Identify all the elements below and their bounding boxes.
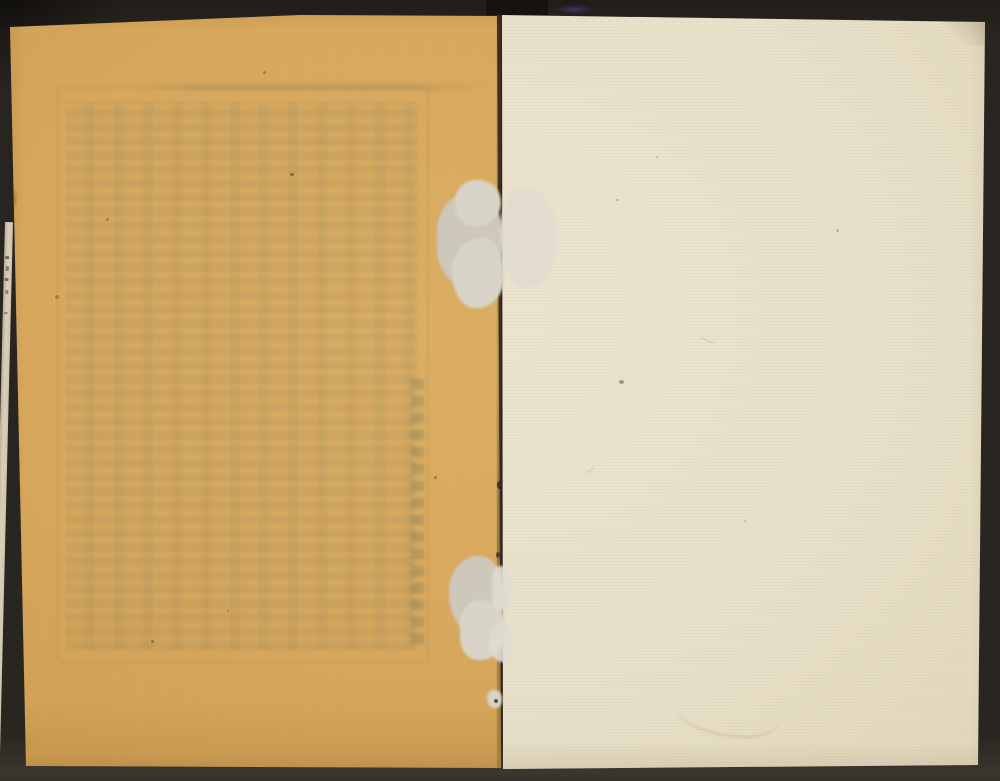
paper-speck	[263, 71, 266, 74]
fore-edge-fleck	[6, 266, 9, 271]
fore-edge-fleck	[5, 290, 8, 294]
fore-edge-fleck	[5, 278, 9, 281]
fore-edge-fleck	[5, 256, 9, 259]
paper-speck	[744, 520, 746, 522]
repair-patch-lower	[492, 566, 512, 610]
fore-edge-fleck	[4, 312, 8, 314]
stitch-hole	[494, 699, 498, 703]
paper-speck	[106, 218, 109, 221]
repair-patch-upper	[452, 238, 504, 308]
bleedthrough-text-columns	[66, 102, 418, 650]
fore-edge-strip	[0, 222, 13, 768]
paper-speck	[836, 229, 839, 232]
paper-speck	[151, 640, 154, 643]
paper-speck	[616, 199, 619, 201]
paper-fiber	[585, 468, 594, 474]
paper-speck	[290, 173, 294, 176]
book-spread-photo	[0, 0, 1000, 781]
paper-crease	[672, 688, 782, 738]
smudge-band	[135, 84, 485, 90]
paper-speck	[434, 476, 437, 479]
purple-ink-smudge	[556, 5, 594, 14]
stitch-hole	[496, 552, 500, 558]
binding-top-edge	[486, 0, 548, 15]
repair-patch-lower	[490, 622, 512, 662]
paper-speck	[227, 610, 229, 612]
stitch-hole	[497, 481, 502, 489]
corner-bend	[930, 20, 988, 46]
paper-fiber	[700, 337, 713, 344]
brown-stain	[5, 190, 18, 212]
paper-speck	[656, 156, 658, 158]
bleedthrough-text-column	[411, 372, 424, 644]
paper-speck	[55, 295, 59, 299]
paper-speck	[619, 380, 624, 384]
